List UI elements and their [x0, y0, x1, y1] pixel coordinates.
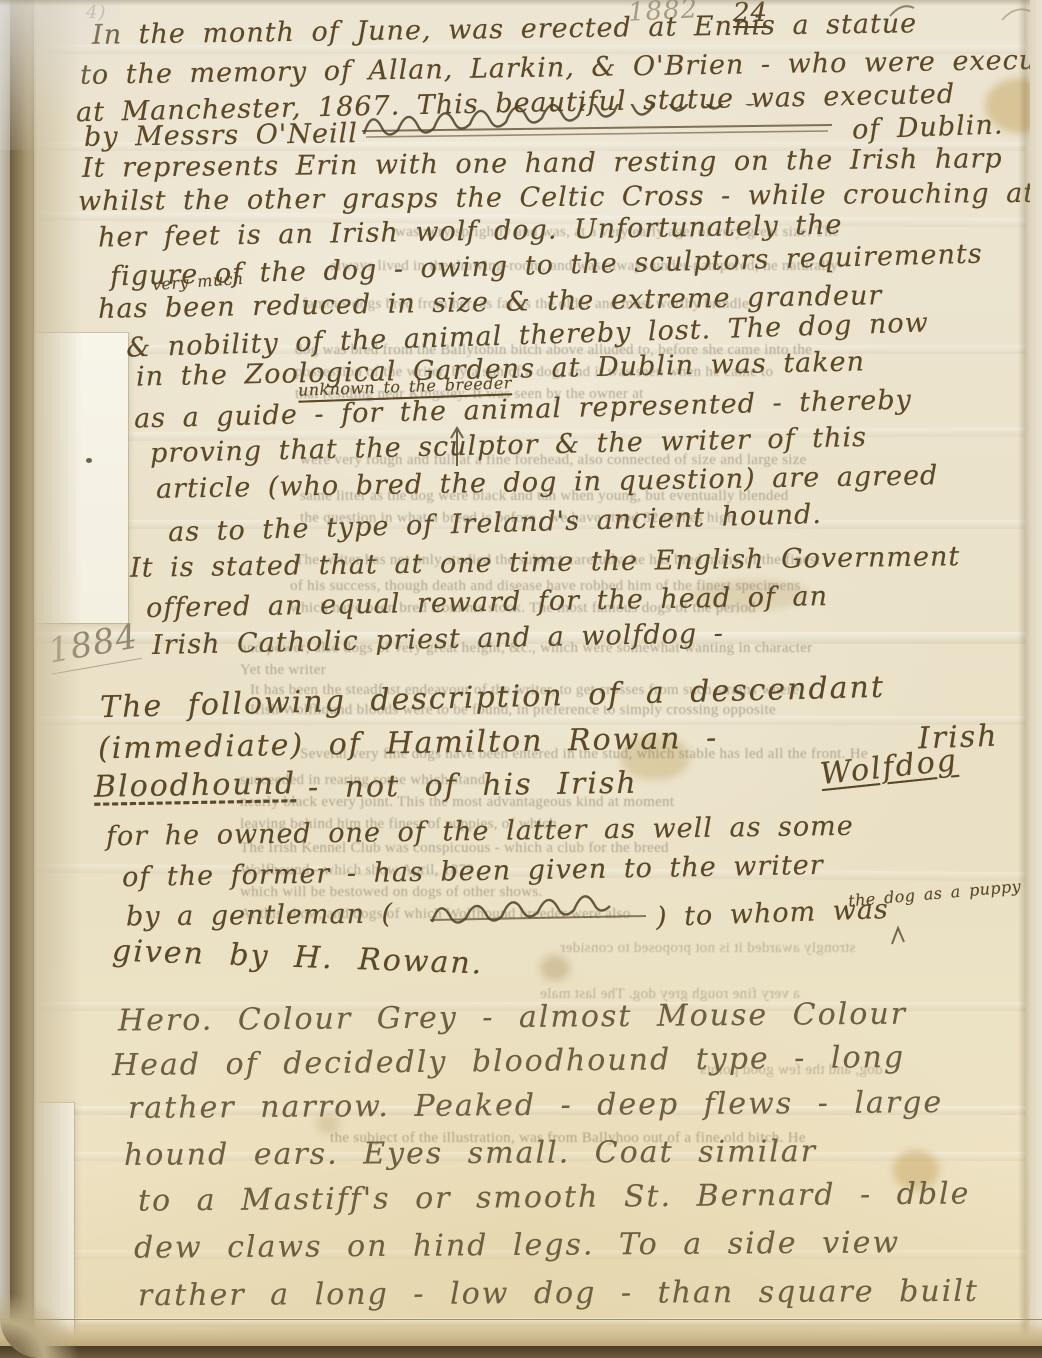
printed-text-showthrough: Yet the writer [240, 662, 326, 679]
curled-corner [0, 1268, 110, 1358]
ink-dot [86, 458, 92, 463]
handwritten-line: by a gentleman ( [126, 899, 393, 933]
handwritten-line: hound ears. Eyes small. Coat similar [124, 1134, 817, 1173]
handwritten-line: rather narrow. Peaked - deep flews - lar… [128, 1085, 943, 1126]
book-binding-edge [10, 0, 36, 1358]
handwritten-line: Hero. Colour Grey - almost Mouse Colour [118, 997, 907, 1039]
handwritten-line: dew claws on hind legs. To a side view [134, 1225, 900, 1265]
handwritten-line: by Messrs O'Neill [84, 118, 358, 153]
printed-text-showthrough: strongly awarded it is not proposed to c… [560, 940, 855, 957]
underlying-page-edge [1030, 0, 1042, 1358]
book-bottom-edge [0, 1346, 1042, 1358]
torn-paper-edge [34, 0, 82, 1358]
handwritten-line: to a Mastiff's or smooth St. Bernard - d… [138, 1176, 971, 1218]
page-bottom-edge [0, 1319, 1042, 1348]
handwritten-line: of Dublin. [852, 109, 1004, 145]
handwritten-line: - not of his Irish [308, 766, 638, 806]
handwritten-line: Bloodhound [94, 766, 297, 805]
manuscript-page: was very sprightly and was, at a very ea… [0, 0, 1042, 1358]
scribbled-out-text [360, 104, 840, 146]
corner-highlight [0, 0, 120, 150]
page-top-edge [0, 0, 1042, 6]
stain [540, 955, 570, 981]
insertion-caret [890, 924, 906, 946]
handwritten-line: rather a long - low dog - than square bu… [138, 1274, 979, 1313]
scribbled-out-text [428, 894, 653, 934]
